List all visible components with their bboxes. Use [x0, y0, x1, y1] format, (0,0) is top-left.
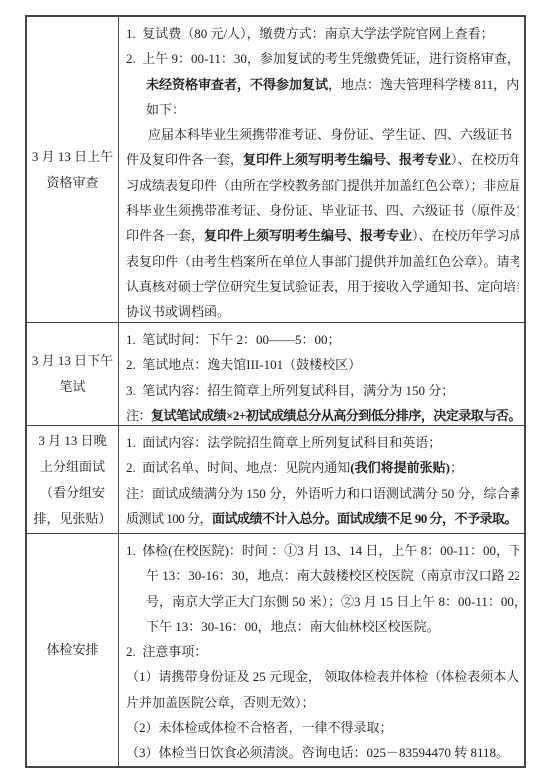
content-line: 1. 面试内容：法学院招生简章上所列复试科目和英语；: [126, 430, 519, 455]
bold-text-segment: 未经资格审查者，不得参加复试: [146, 77, 328, 92]
text-segment: （3）体检当日饮食必须清淡。咨询电话：025－83594470 转 8118。: [126, 745, 509, 760]
text-segment: ）、在校历年学: [451, 152, 519, 167]
table-row: 体检安排1. 体检(在校医院)：时间 ：①3 月 13、14 日，上午 8：00…: [27, 534, 524, 766]
text-segment: 科毕业生须携带准考证、身份证、毕业证书、四、六级证书（原件及复: [126, 203, 519, 218]
content-line: 3. 笔试内容：招生简章上所列复试科目，满分为 150 分；: [126, 378, 519, 403]
bold-text-segment: 复试笔试成绩×2+初试成绩总分从高分到低分排序，决定录取与否。: [151, 408, 519, 423]
bold-text-segment: 复印件上须写明考生编号、报考专业: [243, 152, 451, 167]
content-line: 表复印件（由考生档案所在单位人事部门提供并加盖红色公章）。请考生: [126, 249, 519, 274]
content-line: 科毕业生须携带准考证、身份证、毕业证书、四、六级证书（原件及复: [126, 198, 519, 223]
row-content-cell: 1. 面试内容：法学院招生简章上所列复试科目和英语；2. 面试名单、时间、地点：…: [119, 426, 524, 533]
content-line: 如下：: [126, 97, 519, 122]
content-line: 认真核对硕士学位研究生复试验证表，用于接收入学通知书、定向培养: [126, 274, 519, 299]
text-segment: ，地点：逸夫管理科学楼 811，内容: [328, 77, 519, 92]
text-segment: 午 13：30-16：30，地点：南大鼓楼校区校医院（南京市汉口路 22: [146, 568, 519, 583]
row-label-line: 3 月 13 日下午: [32, 348, 113, 374]
row-content-cell: 1. 体检(在校医院)：时间 ：①3 月 13、14 日，上午 8：00-11：…: [119, 534, 524, 766]
content-line: 2. 注意事项：: [126, 639, 519, 664]
row-content-cell: 1. 笔试时间：下午 2：00——5：00；2. 笔试地点：逸夫馆III-101…: [119, 323, 524, 425]
text-segment: 1. 面试内容：法学院招生简章上所列复试科目和英语；: [126, 435, 441, 450]
text-segment: 件及复印件各一套，: [126, 152, 243, 167]
text-segment: 注：面试成绩满分为 150 分，外语听力和口语测试满分 50 分，综合素: [126, 486, 519, 501]
text-segment: 2. 面试名单、时间、地点：见院内通知: [126, 460, 350, 475]
content-line: 1. 体检(在校医院)：时间 ：①3 月 13、14 日，上午 8：00-11：…: [126, 538, 519, 563]
text-segment: （1）请携带身份证及 25 元现金， 领取体检表并体检（体检表须本人照: [126, 669, 519, 684]
content-line: 1. 复试费（80 元/人），缴费方式：南京大学法学院官网上查看；: [126, 21, 519, 46]
content-line: 印件各一套，复印件上须写明考生编号、报考专业）、在校历年学习成绩: [126, 223, 519, 248]
text-segment: 表复印件（由考生档案所在单位人事部门提供并加盖红色公章）。请考生: [126, 254, 519, 269]
text-segment: 1. 体检(在校医院)：时间 ：①3 月 13、14 日，上午 8：00-11：…: [126, 543, 519, 558]
row-label-cell: 3 月 13 日下午笔试: [27, 323, 119, 425]
text-segment: 2. 注意事项：: [126, 644, 207, 659]
content-line: 1. 笔试时间：下午 2：00——5：00；: [126, 327, 519, 352]
text-segment: 习成绩表复印件（由所在学校教务部门提供并加盖红色公章）；非应届本: [126, 178, 519, 193]
text-segment: 1. 笔试时间：下午 2：00——5：00；: [126, 332, 341, 347]
content-line: 习成绩表复印件（由所在学校教务部门提供并加盖红色公章）；非应届本: [126, 173, 519, 198]
row-content-cell: 1. 复试费（80 元/人），缴费方式：南京大学法学院官网上查看；2. 上午 9…: [119, 17, 524, 322]
bold-text-segment: (我们将提前张贴): [350, 460, 450, 475]
text-segment: 认真核对硕士学位研究生复试验证表，用于接收入学通知书、定向培养: [126, 279, 519, 294]
content-line: 下午 13：30-16：00，地点：南大仙林校区校医院。: [126, 614, 519, 639]
text-segment: 下午 13：30-16：00，地点：南大仙林校区校医院。: [146, 619, 440, 634]
content-line: （1）请携带身份证及 25 元现金， 领取体检表并体检（体检表须本人照: [126, 664, 519, 689]
text-segment: ）、在校历年学习成绩: [412, 228, 519, 243]
content-line: 协议书或调档函。: [126, 299, 519, 322]
text-segment: 2. 上午 9：00-11：30，参加复试的考生凭缴费凭证，进行资格审查，: [126, 51, 519, 66]
content-line: （3）体检当日饮食必须清淡。咨询电话：025－83594470 转 8118。: [126, 740, 519, 765]
bold-text-segment: 面试成绩不计入总分。面试成绩不足 90 分，不予录取。: [212, 511, 517, 526]
content-line: 2. 笔试地点：逸夫馆III-101（鼓楼校区）: [126, 352, 519, 377]
text-segment: （2）未体检或体检不合格者，一律不得录取；: [126, 720, 393, 735]
text-segment: 号，南京大学正大门东侧 50 米）；②3 月 15 日上午 8：00-11：00…: [146, 594, 519, 609]
document-page: 3 月 13 日上午资格审查1. 复试费（80 元/人），缴费方式：南京大学法学…: [0, 0, 547, 777]
row-label-line: 3 月 13 日晚: [38, 428, 106, 454]
content-line: （2）未体检或体检不合格者，一律不得录取；: [126, 715, 519, 740]
row-label-line: （看分组安: [40, 480, 105, 506]
content-line: 应届本科毕业生须携带准考证、身份证、学生证、四、六级证书（原: [126, 122, 519, 147]
text-segment: 应届本科毕业生须携带准考证、身份证、学生证、四、六级证书（原: [148, 127, 519, 142]
row-label-line: 体检安排: [46, 637, 98, 663]
content-line: 午 13：30-16：30，地点：南大鼓楼校区校医院（南京市汉口路 22: [126, 563, 519, 588]
content-line: 号，南京大学正大门东侧 50 米）；②3 月 15 日上午 8：00-11：00…: [126, 589, 519, 614]
content-line: 未经资格审查者，不得参加复试，地点：逸夫管理科学楼 811，内容: [126, 72, 519, 97]
row-label-line: 上分组面试: [40, 454, 105, 480]
row-label-cell: 3 月 13 日晚上分组面试（看分组安排，见张贴）: [27, 426, 119, 533]
schedule-table: 3 月 13 日上午资格审查1. 复试费（80 元/人），缴费方式：南京大学法学…: [25, 15, 526, 768]
row-label-line: 3 月 13 日上午: [32, 144, 113, 170]
table-row: 3 月 13 日上午资格审查1. 复试费（80 元/人），缴费方式：南京大学法学…: [27, 17, 524, 323]
row-label-cell: 体检安排: [27, 534, 119, 766]
text-segment: ；: [450, 460, 463, 475]
content-line: 注：复试笔试成绩×2+初试成绩总分从高分到低分排序，决定录取与否。: [126, 403, 519, 425]
text-segment: 协议书或调档函。: [126, 304, 230, 319]
content-line: 质测试 100 分，面试成绩不计入总分。面试成绩不足 90 分，不予录取。: [126, 506, 519, 531]
row-label-line: 排，见张贴）: [33, 506, 111, 532]
bold-text-segment: 复印件上须写明考生编号、报考专业: [204, 228, 412, 243]
row-label-cell: 3 月 13 日上午资格审查: [27, 17, 119, 322]
text-segment: 印件各一套，: [126, 228, 204, 243]
table-row: 3 月 13 日晚上分组面试（看分组安排，见张贴）1. 面试内容：法学院招生简章…: [27, 426, 524, 534]
text-segment: 2. 笔试地点：逸夫馆III-101（鼓楼校区）: [126, 357, 361, 372]
text-segment: 注：: [126, 408, 151, 423]
content-line: 件及复印件各一套，复印件上须写明考生编号、报考专业）、在校历年学: [126, 147, 519, 172]
row-label-line: 笔试: [59, 374, 85, 400]
content-line: 片并加盖医院公章，否则无效）；: [126, 690, 519, 715]
row-label-line: 资格审查: [46, 170, 98, 196]
text-segment: 质测试 100 分，: [126, 511, 212, 526]
content-line: 2. 上午 9：00-11：30，参加复试的考生凭缴费凭证，进行资格审查，: [126, 46, 519, 71]
text-segment: 3. 笔试内容：招生简章上所列复试科目，满分为 150 分；: [126, 383, 454, 398]
content-line: 注：面试成绩满分为 150 分，外语听力和口语测试满分 50 分，综合素: [126, 481, 519, 506]
text-segment: 1. 复试费（80 元/人），缴费方式：南京大学法学院官网上查看；: [126, 26, 494, 41]
text-segment: 片并加盖医院公章，否则无效）；: [126, 695, 315, 710]
table-row: 3 月 13 日下午笔试1. 笔试时间：下午 2：00——5：00；2. 笔试地…: [27, 323, 524, 426]
content-line: 2. 面试名单、时间、地点：见院内通知(我们将提前张贴)；: [126, 455, 519, 480]
text-segment: 如下：: [146, 102, 185, 117]
